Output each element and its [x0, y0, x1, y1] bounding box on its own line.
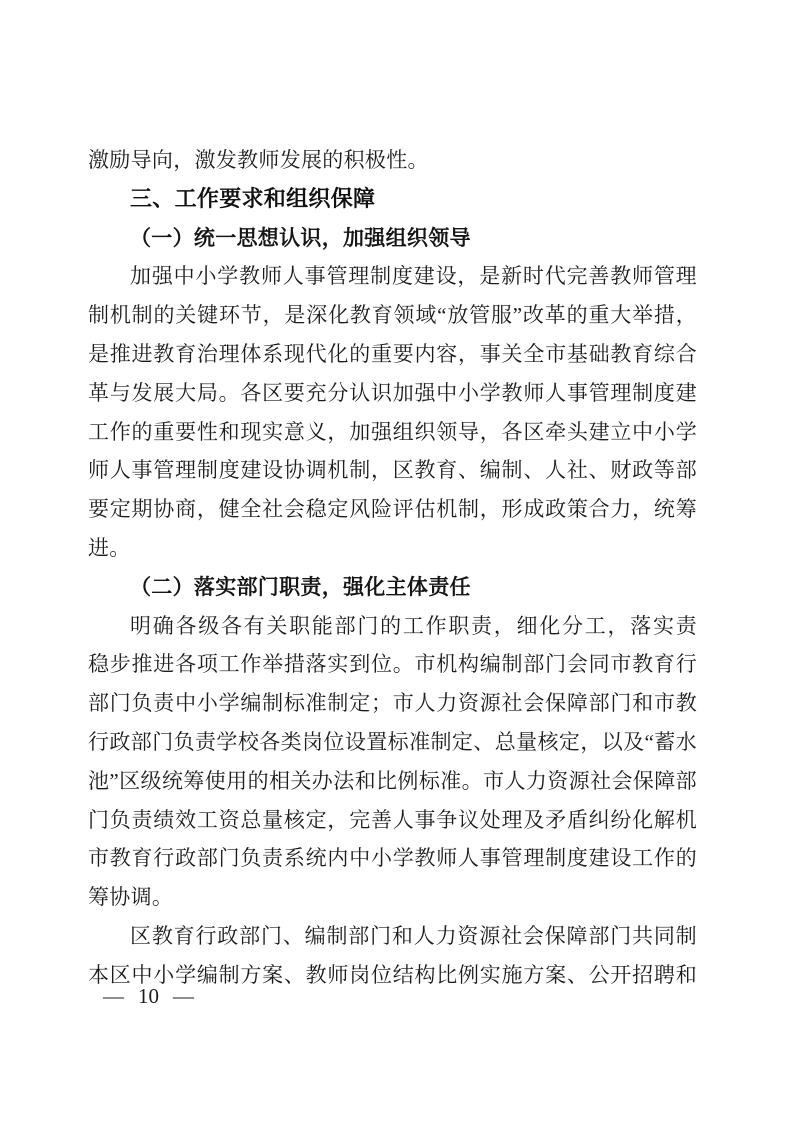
body-text-line: 稳步推进各项工作举措落实到位。市机构编制部门会同市教育行政 [88, 645, 697, 684]
body-text-line: 市教育行政部门负责系统内中小学教师人事管理制度建设工作的统 [88, 839, 697, 878]
footer-dash-right: — [173, 984, 194, 1009]
body-text-line: 要定期协商，健全社会稳定风险评估机制，形成政策合力，统筹推 [88, 490, 697, 529]
page-number: 10 [138, 984, 159, 1009]
document-page: 激励导向，激发教师发展的积极性。三、工作要求和组织保障（一）统一思想认识，加强组… [0, 0, 793, 1122]
body-text-line: 革与发展大局。各区要充分认识加强中小学教师人事管理制度建设 [88, 374, 697, 413]
body-text-line: 是推进教育治理体系现代化的重要内容，事关全市基础教育综合改 [88, 335, 697, 374]
subsection-heading: （二）落实部门职责，强化主体责任 [88, 568, 697, 607]
body-text-line: 师人事管理制度建设协调机制，区教育、编制、人社、财政等部门 [88, 451, 697, 490]
body-text-line: 明确各级各有关职能部门的工作职责，细化分工，落实责任， [88, 607, 697, 646]
body-text-line: 工作的重要性和现实意义，加强组织领导，各区牵头建立中小学教 [88, 413, 697, 452]
body-text-line: 制机制的关键环节，是深化教育领域“放管服”改革的重大举措， [88, 296, 697, 335]
body-text-line: 行政部门负责学校各类岗位设置标准制定、总量核定，以及“蓄水 [88, 723, 697, 762]
section-heading: 三、工作要求和组织保障 [88, 180, 697, 219]
body-text-line: 筹协调。 [88, 878, 697, 917]
document-body: 激励导向，激发教师发展的积极性。三、工作要求和组织保障（一）统一思想认识，加强组… [88, 141, 697, 995]
body-text-line: 进。 [88, 529, 697, 568]
footer-dash-left: — [103, 984, 124, 1009]
body-text-line: 区教育行政部门、编制部门和人力资源社会保障部门共同制定 [88, 917, 697, 956]
body-text-line: 激励导向，激发教师发展的积极性。 [88, 141, 697, 180]
body-text-line: 部门负责中小学编制标准制定；市人力资源社会保障部门和市教育 [88, 684, 697, 723]
subsection-heading: （一）统一思想认识，加强组织领导 [88, 219, 697, 258]
body-text-line: 门负责绩效工资总量核定，完善人事争议处理及矛盾纠纷化解机制； [88, 801, 697, 840]
body-text-line: 加强中小学教师人事管理制度建设，是新时代完善教师管理体 [88, 257, 697, 296]
body-text-line: 池”区级统筹使用的相关办法和比例标准。市人力资源社会保障部 [88, 762, 697, 801]
page-footer: — 10 — [103, 984, 194, 1009]
